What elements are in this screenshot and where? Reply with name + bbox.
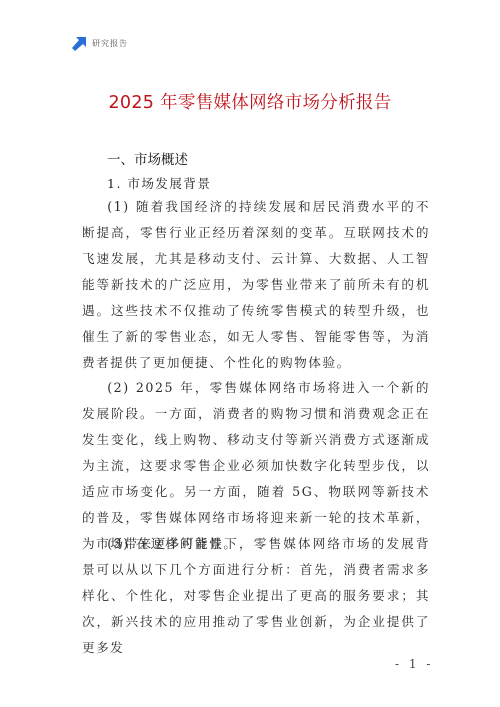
- sub-heading: 1. 市场发展背景: [107, 174, 211, 192]
- paragraph: (1) 随着我国经济的持续发展和居民消费水平的不断提高，零售行业正经历着深刻的变…: [82, 194, 430, 376]
- report-header: 研究报告: [72, 35, 128, 51]
- arrow-up-right-icon: [72, 36, 86, 50]
- paragraph: (2) 2025 年，零售媒体网络市场将进入一个新的发展阶段。一方面，消费者的购…: [82, 375, 430, 557]
- document-title: 2025 年零售媒体网络市场分析报告: [0, 89, 500, 114]
- header-label: 研究报告: [92, 38, 128, 49]
- page-number: - 1 -: [395, 657, 433, 671]
- section-heading: 一、市场概述: [107, 148, 188, 168]
- paragraph: (3) 在这样的背景下，零售媒体网络市场的发展背景可以从以下几个方面进行分析：首…: [82, 531, 430, 661]
